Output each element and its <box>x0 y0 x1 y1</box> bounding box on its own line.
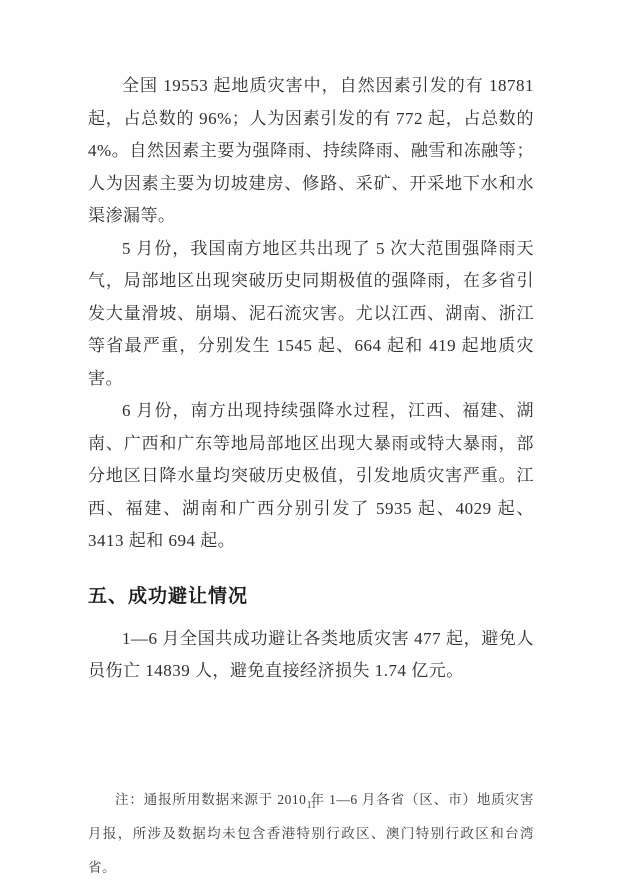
paragraph-may-rainfall: 5 月份，我国南方地区共出现了 5 次大范围强降雨天气，局部地区出现突破历史同期… <box>88 233 534 396</box>
paragraph-june-rainfall: 6 月份，南方出现持续强降水过程，江西、福建、湖南、广西和广东等地局部地区出现大… <box>88 395 534 558</box>
page-number: 11 <box>0 800 623 811</box>
document-content: 全国 19553 起地质灾害中，自然因素引发的有 18781 起，占总数的 96… <box>88 70 534 880</box>
paragraph-avoidance-stats: 1—6 月全国共成功避让各类地质灾害 477 起，避免人员伤亡 14839 人，… <box>88 623 534 688</box>
document-page: 全国 19553 起地质灾害中，自然因素引发的有 18781 起，占总数的 96… <box>0 0 623 880</box>
footnote-data-source: 注：通报所用数据来源于 2010 年 1—6 月各省（区、市）地质灾害月报，所涉… <box>88 783 534 880</box>
paragraph-disaster-causes: 全国 19553 起地质灾害中，自然因素引发的有 18781 起，占总数的 96… <box>88 70 534 233</box>
section-heading-successful-avoidance: 五、成功避让情况 <box>88 581 534 608</box>
